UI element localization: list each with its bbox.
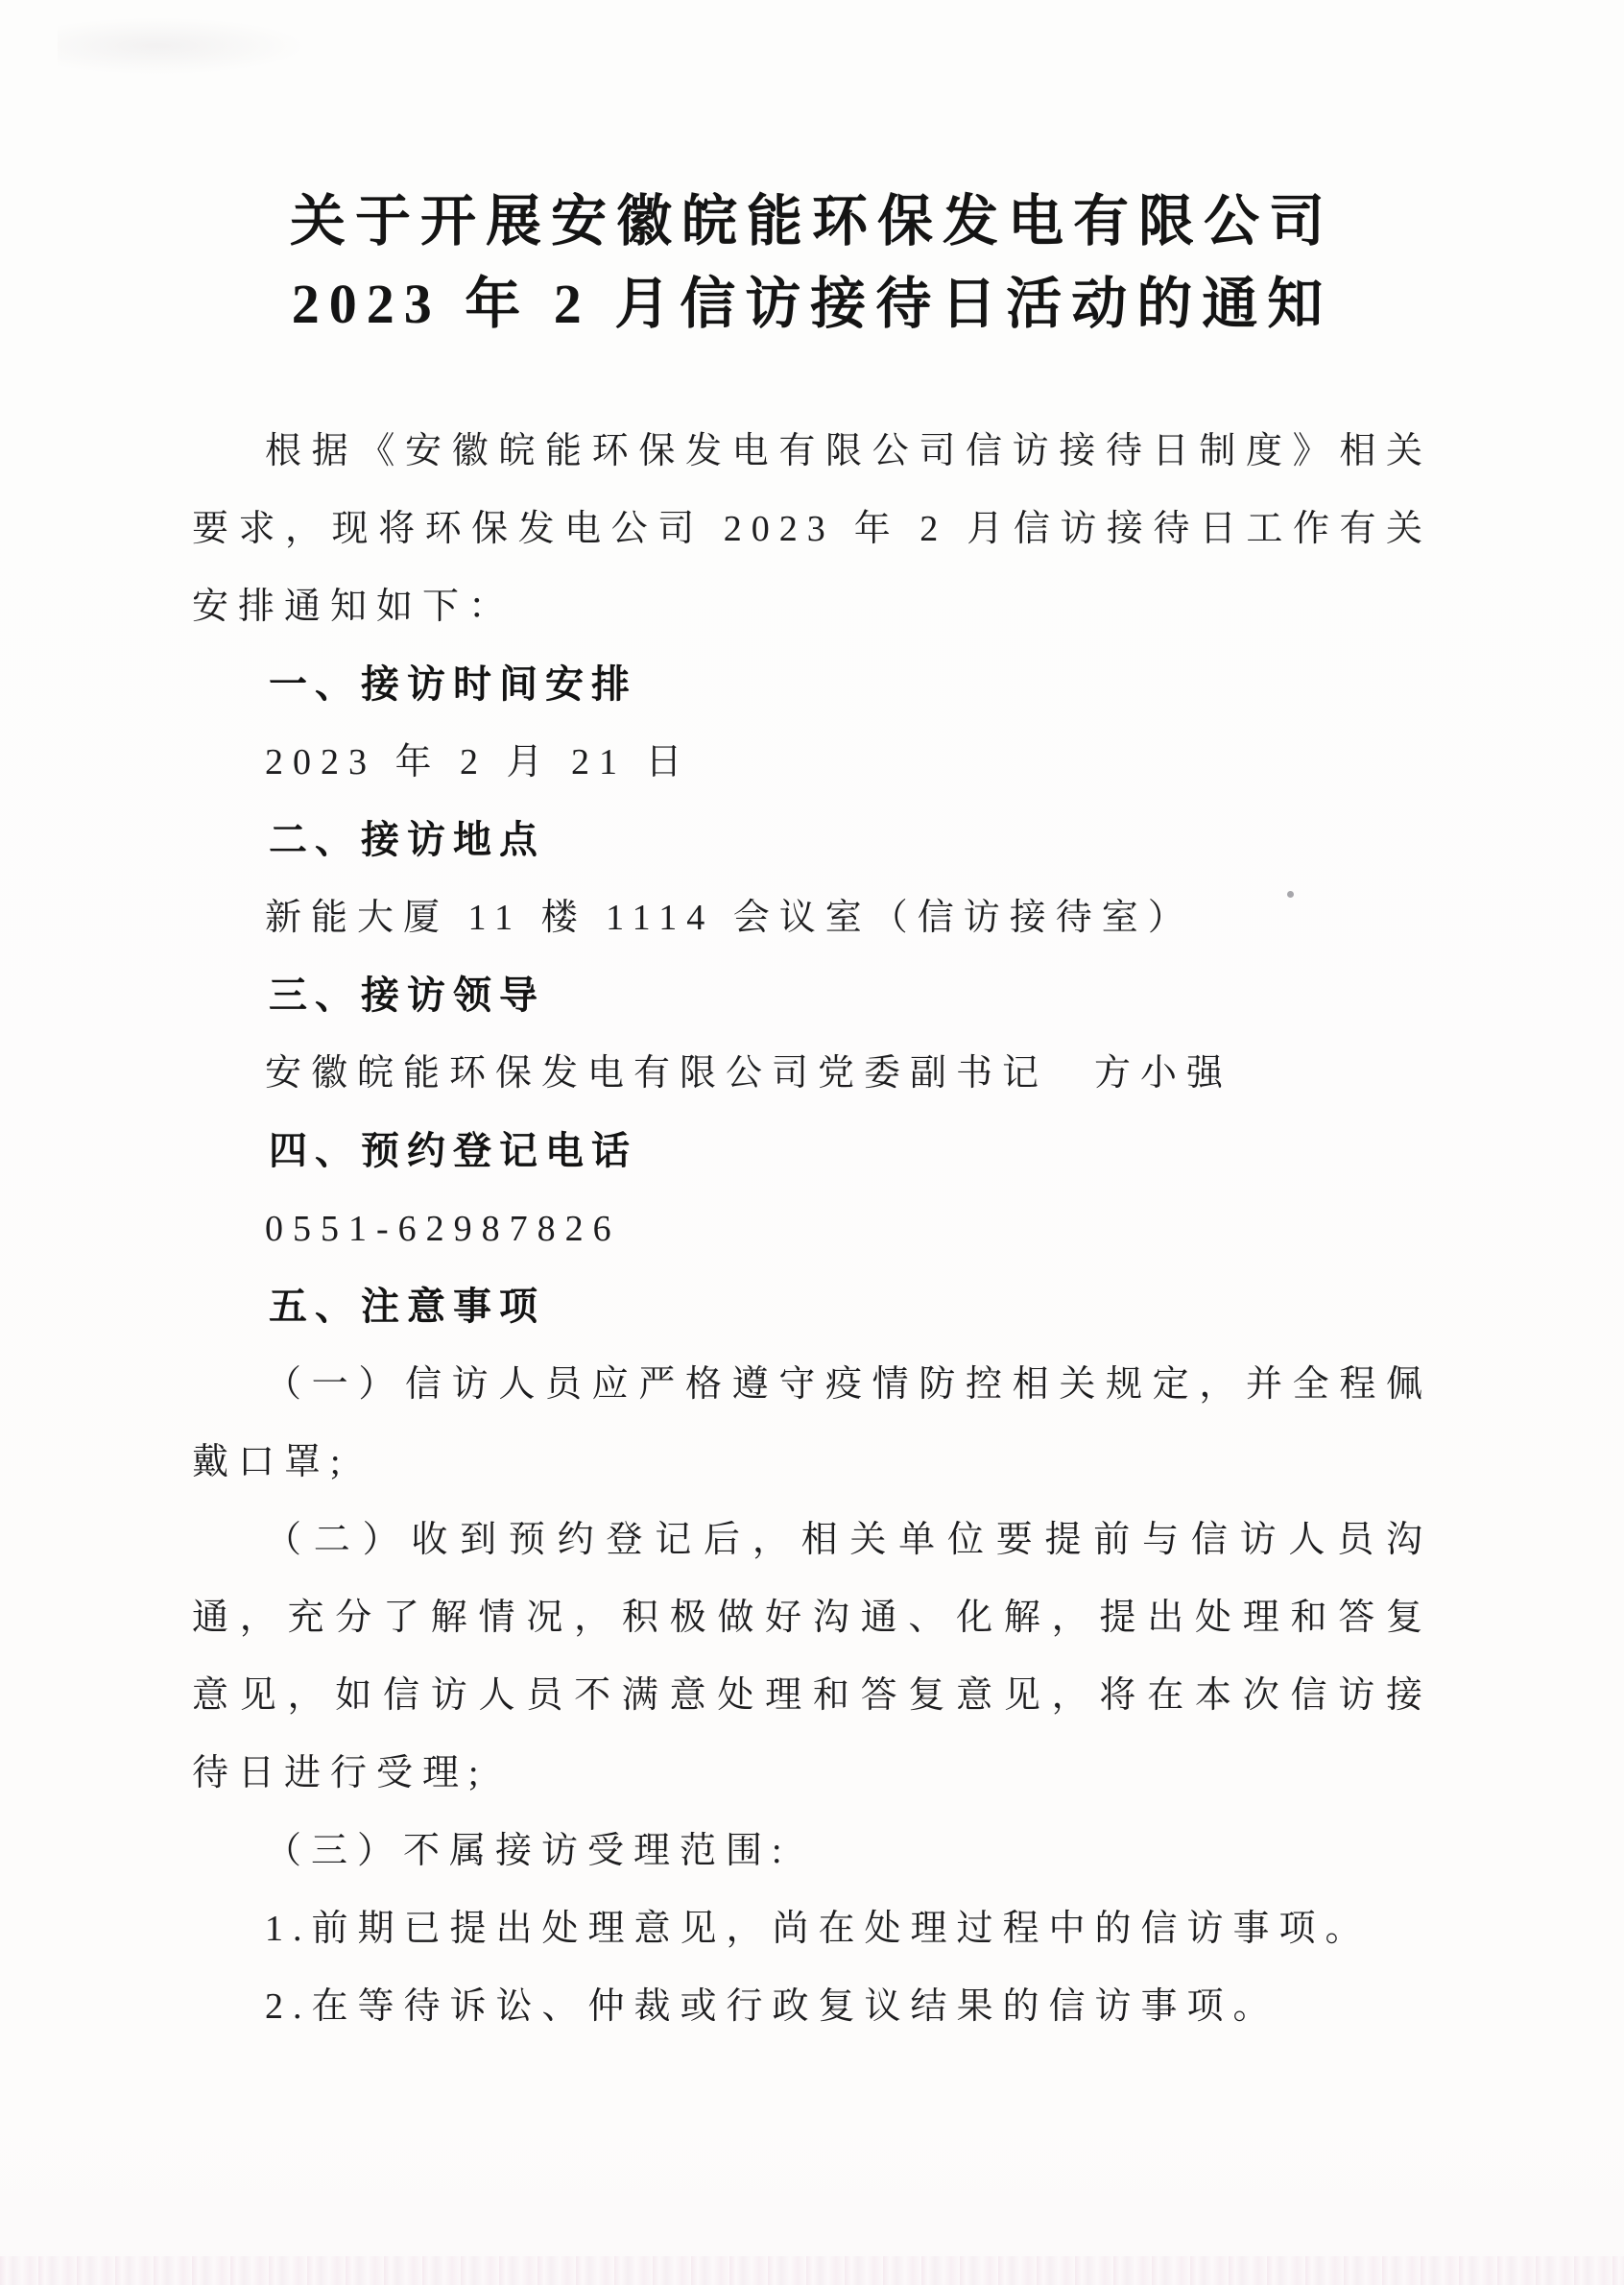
excluded-item-2: 2.在等待诉讼、仲裁或行政复议结果的信访事项。 — [192, 1968, 1432, 2046]
section-3-body: 安徽皖能环保发电有限公司党委副书记 方小强 — [192, 1035, 1432, 1113]
section-1-body: 2023 年 2 月 21 日 — [192, 724, 1432, 802]
section-5-heading: 五、注意事项 — [192, 1268, 1432, 1346]
section-4-heading: 四、预约登记电话 — [192, 1113, 1432, 1191]
scan-speck — [1287, 891, 1294, 898]
note-2-paragraph: （二）收到预约登记后，相关单位要提前与信访人员沟通，充分了解情况，积极做好沟通、… — [192, 1502, 1432, 1813]
excluded-item-1: 1.前期已提出处理意见，尚在处理过程中的信访事项。 — [192, 1890, 1432, 1968]
title-line-1: 关于开展安徽皖能环保发电有限公司 — [96, 180, 1528, 263]
intro-paragraph: 根据《安徽皖能环保发电有限公司信访接待日制度》相关要求，现将环保发电公司 202… — [192, 413, 1432, 646]
document-title: 关于开展安徽皖能环保发电有限公司 2023 年 2 月信访接待日活动的通知 — [0, 0, 1624, 346]
note-3-paragraph: （三）不属接访受理范围: — [192, 1813, 1432, 1890]
document-body: 根据《安徽皖能环保发电有限公司信访接待日制度》相关要求，现将环保发电公司 202… — [192, 413, 1432, 2046]
section-4-body: 0551-62987826 — [192, 1191, 1432, 1268]
scan-bottom-edge — [0, 2256, 1624, 2285]
note-1-paragraph: （一）信访人员应严格遵守疫情防控相关规定，并全程佩戴口罩; — [192, 1346, 1432, 1502]
title-line-2: 2023 年 2 月信访接待日活动的通知 — [96, 263, 1528, 346]
section-3-heading: 三、接访领导 — [192, 957, 1432, 1035]
section-2-heading: 二、接访地点 — [192, 802, 1432, 879]
section-2-body: 新能大厦 11 楼 1114 会议室（信访接待室） — [192, 879, 1432, 957]
section-1-heading: 一、接访时间安排 — [192, 646, 1432, 724]
document-page: 关于开展安徽皖能环保发电有限公司 2023 年 2 月信访接待日活动的通知 根据… — [0, 0, 1624, 2285]
